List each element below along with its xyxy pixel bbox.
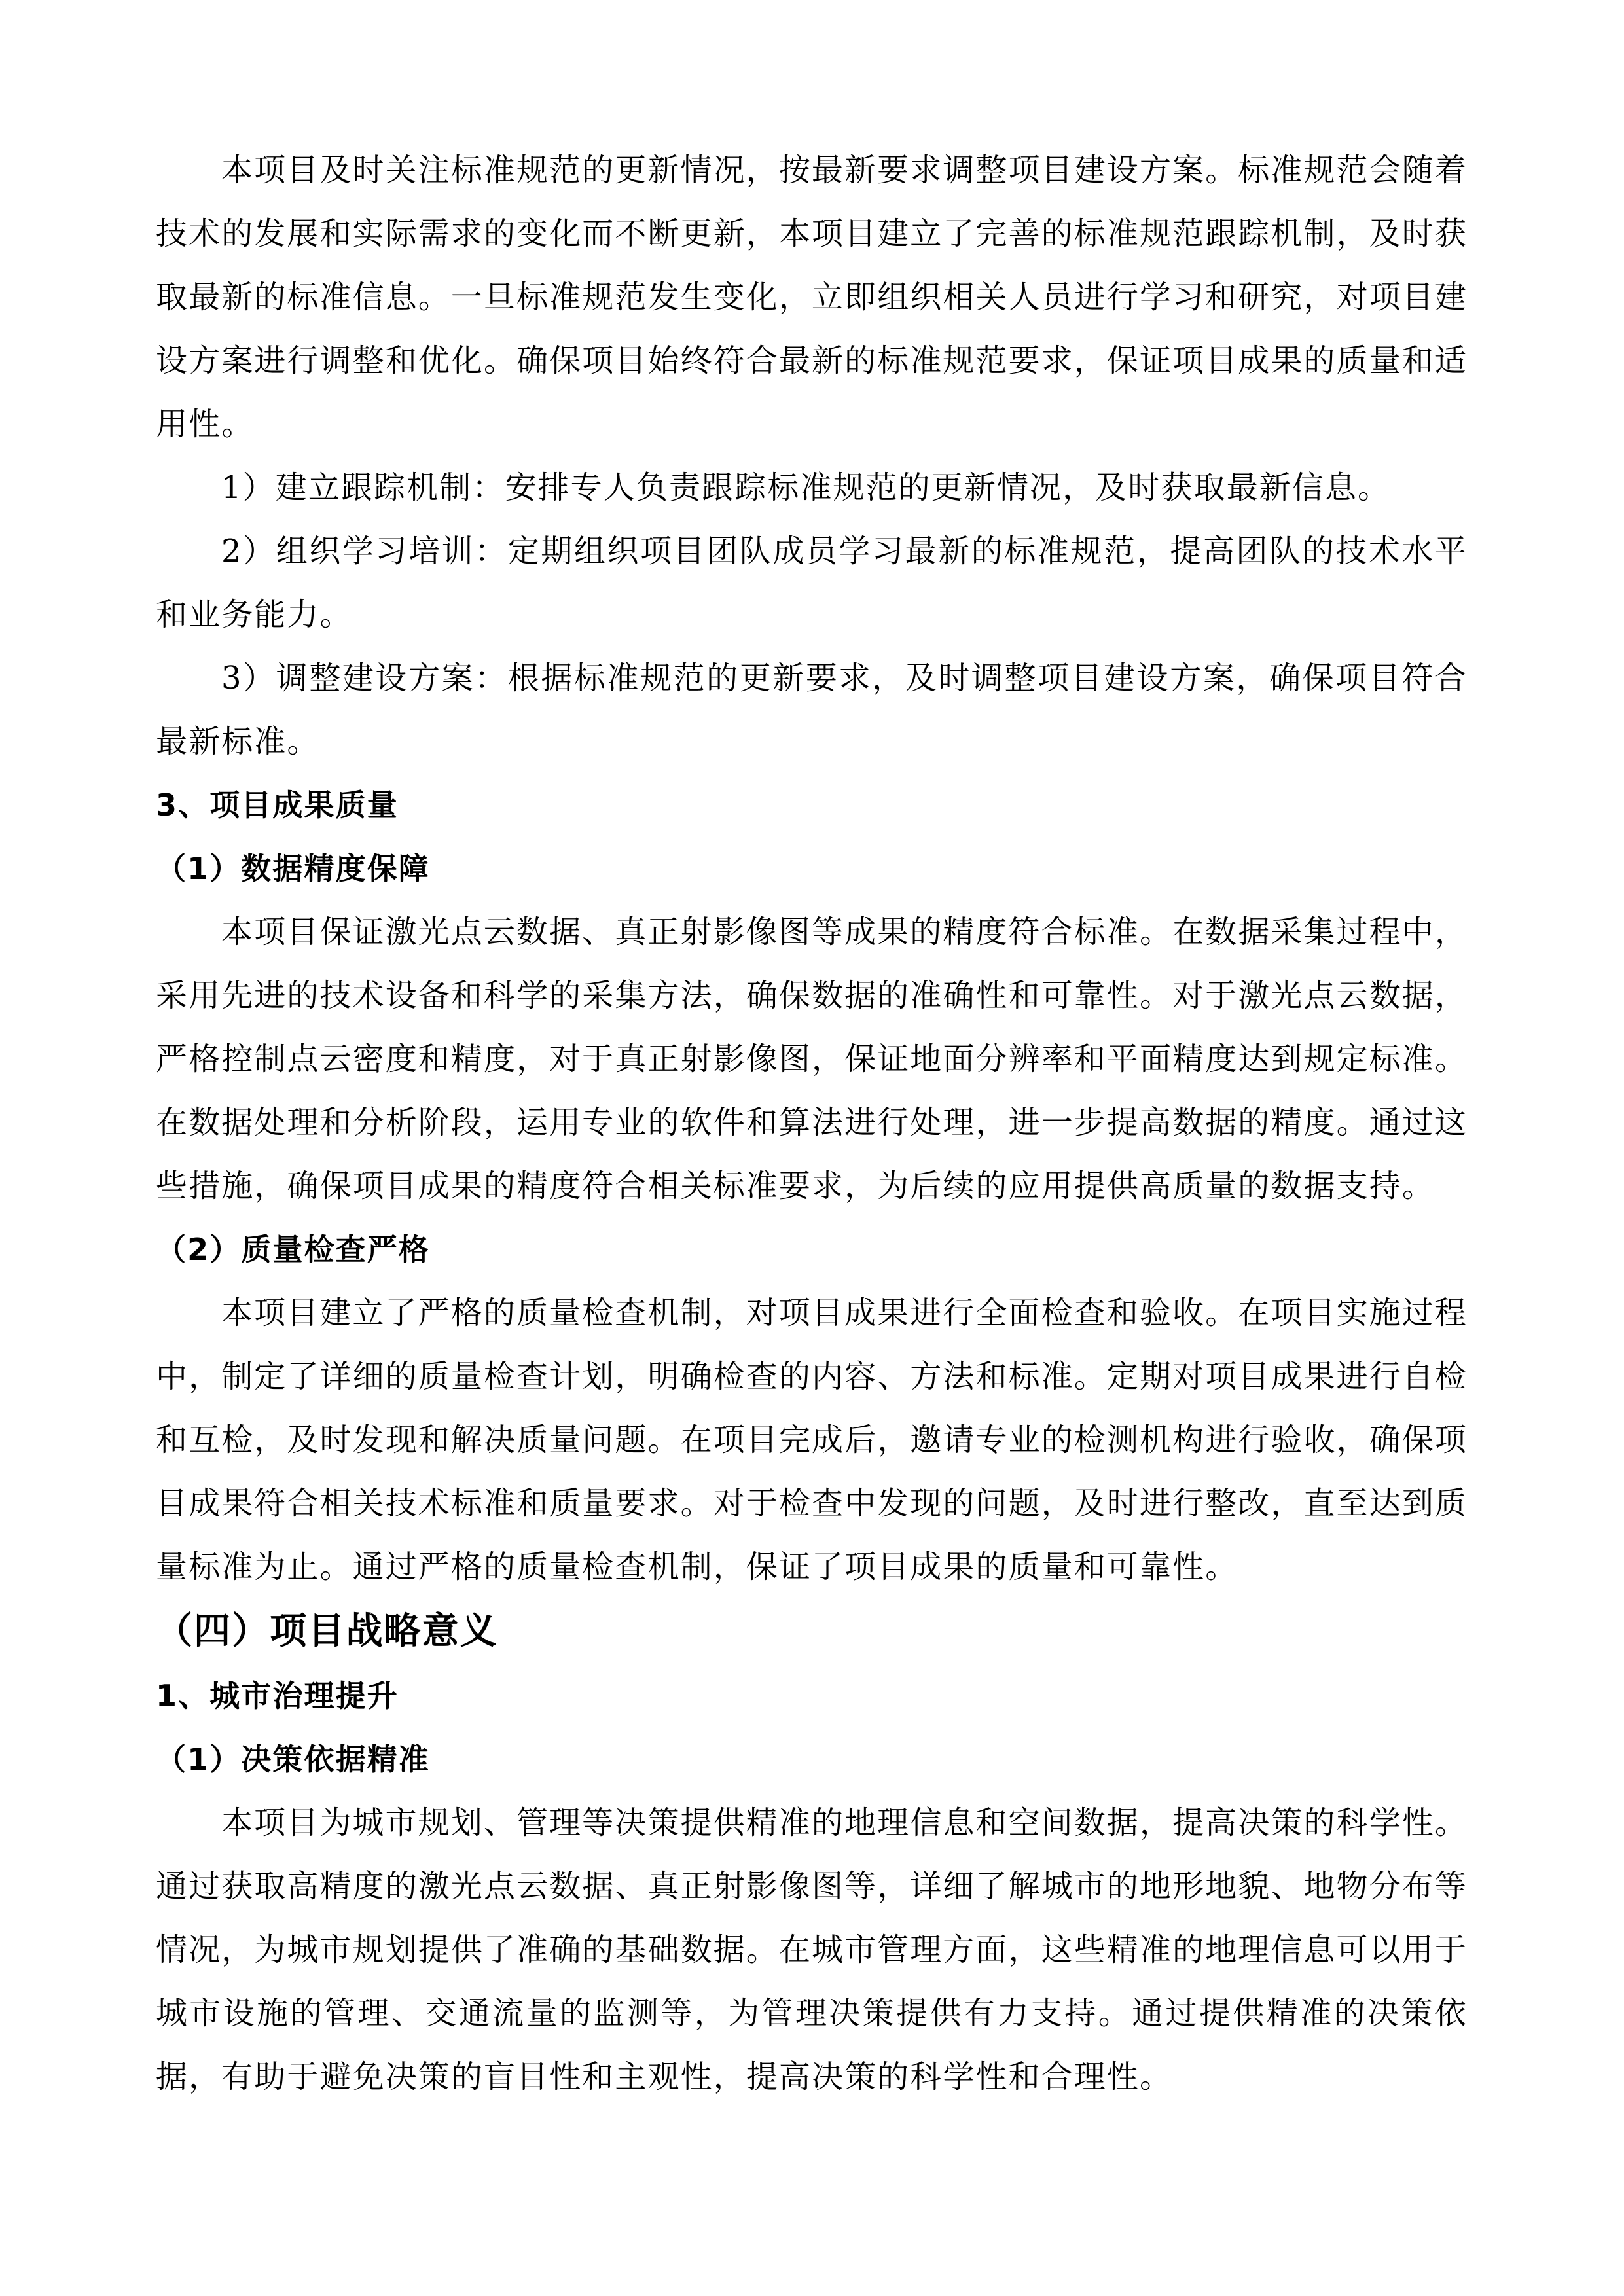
paragraph-quality-inspection: 本项目建立了严格的质量检查机制，对项目成果进行全面检查和验收。在项目实施过程 中…	[156, 1282, 1468, 1599]
list-item-line: 最新标准。	[156, 710, 1468, 774]
list-item-line: 和业务能力。	[156, 583, 1468, 647]
list-item: 1）建立跟踪机制：安排专人负责跟踪标准规范的更新情况，及时获取最新信息。	[156, 456, 1468, 520]
list-item: 3）调整建设方案：根据标准规范的更新要求，及时调整项目建设方案，确保项目符合 最…	[156, 647, 1468, 774]
paragraph-line: 目成果符合相关技术标准和质量要求。对于检查中发现的问题，及时进行整改，直至达到质	[156, 1472, 1468, 1535]
list-item: 2）组织学习培训：定期组织项目团队成员学习最新的标准规范，提高团队的技术水平 和…	[156, 520, 1468, 647]
subsection-heading-quality-inspection: （2）质量检查严格	[156, 1218, 1468, 1282]
paragraph-line: 本项目保证激光点云数据、真正射影像图等成果的精度符合标准。在数据采集过程中，	[156, 901, 1468, 964]
section-heading-urban-governance: 1、城市治理提升	[156, 1664, 1468, 1728]
paragraph-line: 中，制定了详细的质量检查计划，明确检查的内容、方法和标准。定期对项目成果进行自检	[156, 1345, 1468, 1408]
paragraph-line: 据，有助于避免决策的盲目性和主观性，提高决策的科学性和合理性。	[156, 2045, 1468, 2109]
paragraph-line: 量标准为止。通过严格的质量检查机制，保证了项目成果的质量和可靠性。	[156, 1535, 1468, 1599]
list-item-line: 3）调整建设方案：根据标准规范的更新要求，及时调整项目建设方案，确保项目符合	[156, 647, 1468, 710]
list-item-line: 2）组织学习培训：定期组织项目团队成员学习最新的标准规范，提高团队的技术水平	[156, 520, 1468, 583]
section-heading-project-quality: 3、项目成果质量	[156, 774, 1468, 837]
paragraph-line: 用性。	[156, 393, 1468, 456]
paragraph-line: 些措施，确保项目成果的精度符合相关标准要求，为后续的应用提供高质量的数据支持。	[156, 1155, 1468, 1218]
paragraph-line: 本项目及时关注标准规范的更新情况，按最新要求调整项目建设方案。标准规范会随着	[156, 139, 1468, 202]
paragraph-line: 采用先进的技术设备和科学的采集方法，确保数据的准确性和可靠性。对于激光点云数据，	[156, 964, 1468, 1028]
paragraph-line: 在数据处理和分析阶段，运用专业的软件和算法进行处理，进一步提高数据的精度。通过这	[156, 1091, 1468, 1155]
document-page: 本项目及时关注标准规范的更新情况，按最新要求调整项目建设方案。标准规范会随着 技…	[156, 139, 1468, 2109]
paragraph-line: 通过获取高精度的激光点云数据、真正射影像图等，详细了解城市的地形地貌、地物分布等	[156, 1855, 1468, 1918]
paragraph-line: 和互检，及时发现和解决质量问题。在项目完成后，邀请专业的检测机构进行验收，确保项	[156, 1408, 1468, 1472]
paragraph-decision-basis: 本项目为城市规划、管理等决策提供精准的地理信息和空间数据，提高决策的科学性。 通…	[156, 1791, 1468, 2109]
list-item-line: 1）建立跟踪机制：安排专人负责跟踪标准规范的更新情况，及时获取最新信息。	[156, 456, 1468, 520]
paragraph-line: 情况，为城市规划提供了准确的基础数据。在城市管理方面，这些精准的地理信息可以用于	[156, 1918, 1468, 1982]
paragraph-standards-tracking: 本项目及时关注标准规范的更新情况，按最新要求调整项目建设方案。标准规范会随着 技…	[156, 139, 1468, 456]
paragraph-line: 技术的发展和实际需求的变化而不断更新，本项目建立了完善的标准规范跟踪机制，及时获	[156, 202, 1468, 266]
measures-list: 1）建立跟踪机制：安排专人负责跟踪标准规范的更新情况，及时获取最新信息。 2）组…	[156, 456, 1468, 774]
paragraph-line: 本项目为城市规划、管理等决策提供精准的地理信息和空间数据，提高决策的科学性。	[156, 1791, 1468, 1855]
subsection-heading-decision-basis: （1）决策依据精准	[156, 1728, 1468, 1791]
paragraph-line: 取最新的标准信息。一旦标准规范发生变化，立即组织相关人员进行学习和研究，对项目建	[156, 266, 1468, 329]
subsection-heading-data-accuracy: （1）数据精度保障	[156, 837, 1468, 901]
paragraph-line: 本项目建立了严格的质量检查机制，对项目成果进行全面检查和验收。在项目实施过程	[156, 1282, 1468, 1345]
paragraph-line: 城市设施的管理、交通流量的监测等，为管理决策提供有力支持。通过提供精准的决策依	[156, 1982, 1468, 2045]
paragraph-data-accuracy: 本项目保证激光点云数据、真正射影像图等成果的精度符合标准。在数据采集过程中， 采…	[156, 901, 1468, 1218]
chapter-heading-strategic-significance: （四）项目战略意义	[156, 1599, 1468, 1664]
paragraph-line: 严格控制点云密度和精度，对于真正射影像图，保证地面分辨率和平面精度达到规定标准。	[156, 1028, 1468, 1091]
paragraph-line: 设方案进行调整和优化。确保项目始终符合最新的标准规范要求，保证项目成果的质量和适	[156, 329, 1468, 393]
